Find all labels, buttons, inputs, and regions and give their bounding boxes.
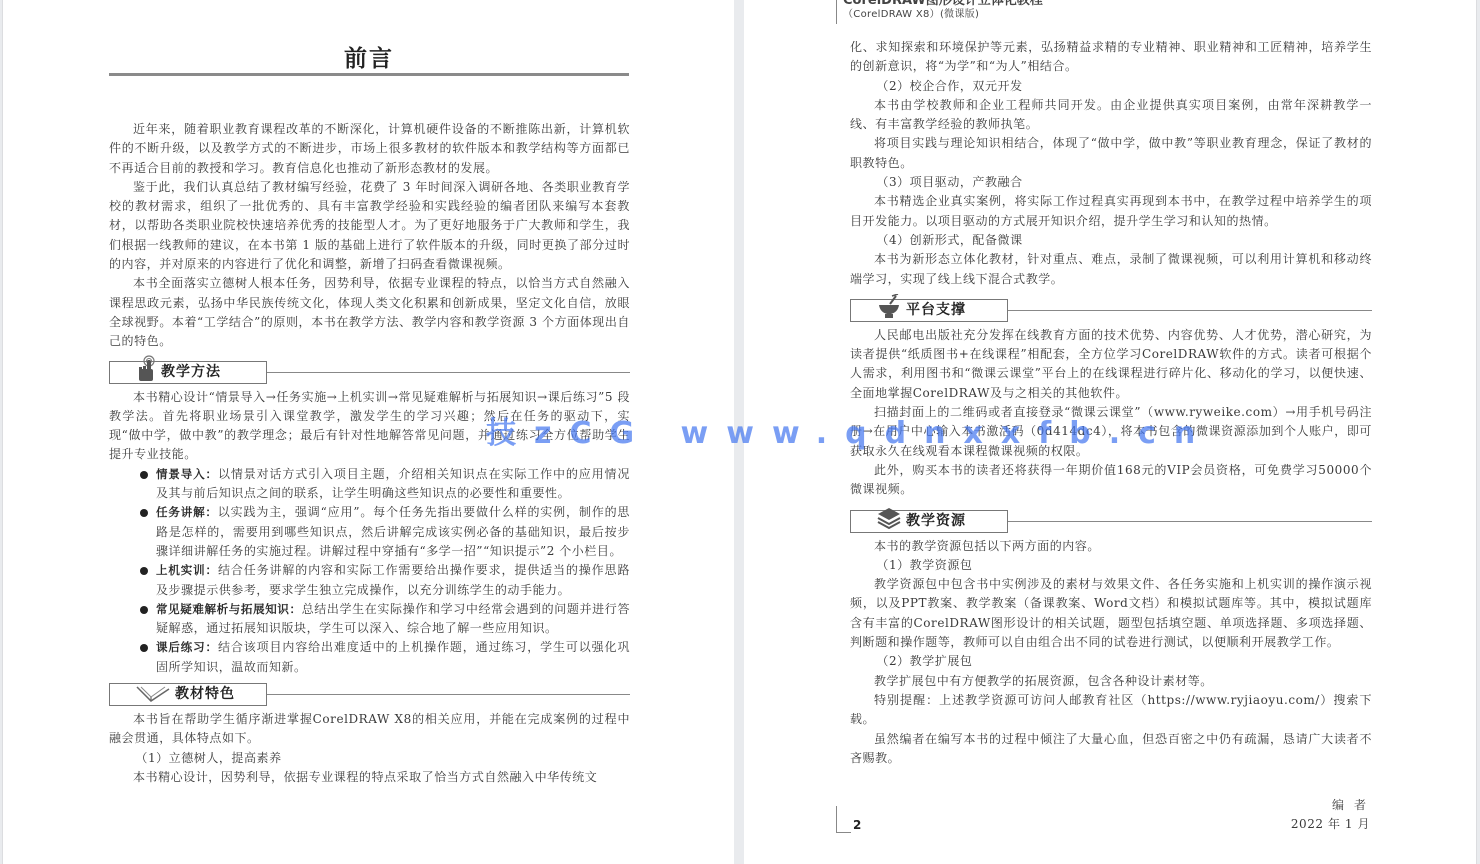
bullet-icon bbox=[140, 471, 148, 479]
page-number-marker: 2 bbox=[836, 806, 851, 833]
section-heading-textbook-features: 教材特色 bbox=[109, 683, 630, 707]
hand-pointer-icon bbox=[135, 355, 159, 389]
feature-item-title: （1）立德树人，提高素养 bbox=[109, 749, 630, 768]
section-heading-teaching-method: 教学方法 bbox=[109, 361, 630, 385]
intro-paragraph: 近年来，随着职业教育课程改革的不断深化，计算机硬件设备的不断推陈出新，计算机软件… bbox=[109, 120, 630, 178]
right-page-content: 化、求知探索和环境保护等元素，弘扬精益求精的专业精神、职业精神和工匠精神，培养学… bbox=[850, 38, 1372, 835]
resources-intro: 本书的教学资源包括以下两方面的内容。 bbox=[850, 537, 1372, 556]
layers-stack-icon bbox=[876, 506, 902, 538]
feature-item-text: 本书由学校教师和企业工程师共同开发。由企业提供真实项目案例，由常年深耕教学一线、… bbox=[850, 96, 1372, 135]
teaching-method-paragraph: 本书精心设计“情景导入→任务实施→上机实训→常见疑难解析与拓展知识→课后练习”5… bbox=[109, 388, 630, 465]
section-rule bbox=[267, 372, 630, 373]
feature-item-title: （2）校企合作，双元开发 bbox=[850, 77, 1372, 96]
bullet-icon bbox=[140, 606, 148, 614]
resource-pack-text: 教学扩展包中有方便教学的拓展资源，包含各种设计素材等。 bbox=[850, 672, 1372, 691]
section-rule bbox=[267, 694, 630, 695]
list-item: 常见疑难解析与拓展知识：总结出学生在实际操作和学习中经常会遇到的问题并进行答疑解… bbox=[109, 600, 630, 639]
feature-item-title: （3）项目驱动，产教融合 bbox=[850, 173, 1372, 192]
left-page-content: 近年来，随着职业教育课程改革的不断深化，计算机硬件设备的不断推陈出新，计算机软件… bbox=[109, 120, 630, 787]
feature-item-text: 本书精心设计，因势利导，依据专业课程的特点采取了恰当方式自然融入中华传统文 bbox=[109, 768, 630, 787]
platform-paragraph: 扫描封面上的二维码或者直接登录“微课云课堂”（www.ryweike.com）→… bbox=[850, 403, 1372, 461]
closing-paragraph: 虽然编者在编写本书的过程中倾注了大量心血，但恐百密之中仍有疏漏，恳请广大读者不吝… bbox=[850, 730, 1372, 769]
feature-item-title: （4）创新形式，配备微课 bbox=[850, 231, 1372, 250]
list-item: 上机实训：结合任务讲解的内容和实际工作需要给出操作要求，提供适当的操作思路及步骤… bbox=[109, 561, 630, 600]
open-book-icon bbox=[135, 683, 171, 709]
book-title: CorelDRAW图形设计立体化教程 bbox=[843, 0, 1043, 8]
continued-paragraph: 化、求知探索和环境保护等元素，弘扬精益求精的专业精神、职业精神和工匠精神，培养学… bbox=[850, 38, 1372, 77]
section-title: 教学资源 bbox=[906, 512, 966, 531]
running-head: CorelDRAW图形设计立体化教程 （CorelDRAW X8）(微课版) bbox=[836, 0, 1043, 24]
section-title: 教学方法 bbox=[161, 363, 221, 382]
download-reminder: 特别提醒：上述教学资源可访问人邮教育社区（https://www.ryjiaoy… bbox=[850, 691, 1372, 730]
signature-author: 编者 bbox=[850, 796, 1376, 815]
features-paragraph: 本书旨在帮助学生循序渐进掌握CorelDRAW X8的相关应用，并能在完成案例的… bbox=[109, 710, 630, 749]
feature-item-text: 将项目实践与理论知识相结合，体现了“做中学，做中教”等职业教育理念，保证了教材的… bbox=[850, 134, 1372, 173]
intro-paragraph: 本书全面落实立德树人根本任务，因势利导，依据专业课程的特点，以恰当方式自然融入课… bbox=[109, 274, 630, 351]
platform-paragraph: 此外，购买本书的读者还将获得一年期价值168元的VIP会员资格，可免费学习500… bbox=[850, 461, 1372, 500]
page-title: 前言 bbox=[109, 40, 629, 73]
right-page: CorelDRAW图形设计立体化教程 （CorelDRAW X8）(微课版) 化… bbox=[744, 0, 1477, 864]
feature-item-text: 本书为新形态立体化教材，针对重点、难点，录制了微课视频，可以利用计算机和移动终端… bbox=[850, 250, 1372, 289]
resource-pack-text: 教学资源包中包含书中实例涉及的素材与效果文件、各任务实施和上机实训的操作演示视频… bbox=[850, 575, 1372, 652]
feature-item-text: 本书精选企业真实案例，将实际工作过程真实再现到本书中，在教学过程中培养学生的项目… bbox=[850, 192, 1372, 231]
platform-paragraph: 人民邮电出版社充分发挥在线教育方面的技术优势、内容优势、人才优势，潜心研究，为读… bbox=[850, 326, 1372, 403]
intro-paragraph: 鉴于此，我们认真总结了教材编写经验，花费了 3 年时间深入调研各地、各类职业教育… bbox=[109, 178, 630, 274]
section-rule bbox=[1008, 310, 1372, 311]
page-number: 2 bbox=[853, 818, 861, 832]
list-item: 课后练习：结合该项目内容给出难度适中的上机操作题，通过练习，学生可以强化巩固所学… bbox=[109, 638, 630, 677]
bullet-icon bbox=[140, 567, 148, 575]
mortar-pestle-icon bbox=[876, 294, 902, 326]
section-heading-teaching-resources: 教学资源 bbox=[850, 510, 1372, 534]
resource-pack-title: （2）教学扩展包 bbox=[850, 652, 1372, 671]
left-page: 前言 近年来，随着职业教育课程改革的不断深化，计算机硬件设备的不断推陈出新，计算… bbox=[2, 0, 734, 864]
list-item: 任务讲解：以实践为主，强调“应用”。每个任务先指出要做什么样的实例，制作的思路是… bbox=[109, 503, 630, 561]
book-subtitle: （CorelDRAW X8）(微课版) bbox=[843, 8, 1043, 22]
section-heading-platform-support: 平台支撑 bbox=[850, 299, 1372, 323]
list-item: 情景导入：以情景对话方式引入项目主题，介绍相关知识点在实际工作中的应用情况及其与… bbox=[109, 465, 630, 504]
section-title: 教材特色 bbox=[175, 685, 235, 704]
signature: 编者 2022 年 1 月 bbox=[850, 796, 1372, 835]
resource-pack-title: （1）教学资源包 bbox=[850, 556, 1372, 575]
title-rule bbox=[109, 73, 629, 76]
bullet-icon bbox=[140, 509, 148, 517]
bullet-icon bbox=[140, 644, 148, 652]
section-rule bbox=[1008, 521, 1372, 522]
signature-date: 2022 年 1 月 bbox=[850, 815, 1370, 834]
section-title: 平台支撑 bbox=[906, 301, 966, 320]
teaching-method-list: 情景导入：以情景对话方式引入项目主题，介绍相关知识点在实际工作中的应用情况及其与… bbox=[109, 465, 630, 677]
